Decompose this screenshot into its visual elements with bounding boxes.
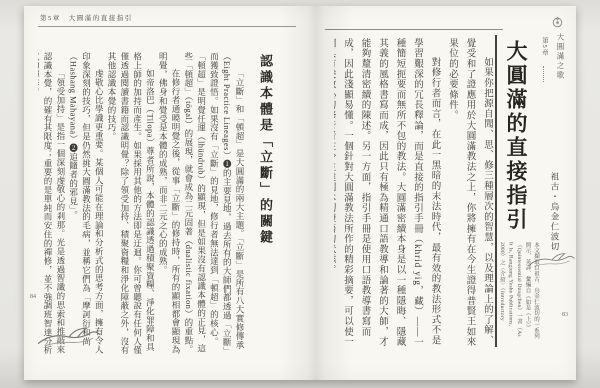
right-body-text: 如果你把源自聞、思、修三種層次的智慧，以及理論上的了解、覺受和了證應用於大圓滿教… bbox=[334, 38, 495, 348]
paragraph: 如果你把源自聞、思、修三種層次的智慧，以及理論上的了解、覺受和了證應用於大圓滿教… bbox=[443, 38, 496, 348]
chapter-title: 大圓滿的直接指引 bbox=[501, 40, 531, 255]
paragraph: 虔敬心比學識更重要。某個人可能在理論和分析式的思考方面，擁有令人印象深刻的技巧，… bbox=[67, 52, 105, 357]
page-number: 84 bbox=[30, 294, 36, 300]
flower-icon bbox=[551, 16, 564, 29]
paragraph: 如帝洛巴（Tilopa）尊者所說，本體的認識透過積聚資糧、淨化罪障和具格上師的加… bbox=[105, 52, 156, 357]
scanned-book-photo: 第5章 大圓滿的直接指引 認識本體是「立斷」的關鍵 「立斷」和「頓超」是大圓滿的… bbox=[0, 0, 600, 388]
page-number: 83 bbox=[562, 312, 568, 318]
paragraph: 「領受加持」是指一個深刻虔敬心的剎那。光是透過智識的思索和推敲來認識本覺，的確有… bbox=[38, 52, 67, 357]
bird-flourish-icon bbox=[36, 322, 102, 352]
paragraph: 對修行者而言，在此一黑暗的末法時代，最有效的教法形式不是學習艱深的冗長釋論，而是… bbox=[334, 38, 443, 348]
book-spread: 第5章 大圓滿的直接指引 認識本體是「立斷」的關鍵 「立斷」和「頓超」是大圓滿的… bbox=[24, 6, 576, 380]
margin-chapter-number: 第5章 bbox=[540, 37, 549, 65]
section-heading: 認識本體是「立斷」的關鍵 bbox=[256, 54, 275, 254]
running-head: 第5章 大圓滿的直接指引 bbox=[40, 13, 133, 22]
header-rule bbox=[325, 29, 503, 30]
paragraph: 在修行者通曉明覺之後，從事「立斷」的修持時，所有的顯相都會顯現為明覺，佛身和覺受… bbox=[156, 52, 182, 357]
title-divider-rule bbox=[495, 35, 497, 347]
left-body-text: 「立斷」和「頓超」是大圓滿的兩大主題。「立斷」是所有八大實修傳承（Eight P… bbox=[38, 52, 246, 357]
header-rule bbox=[38, 26, 296, 27]
author-name: 祖古・烏金仁波切 bbox=[549, 172, 561, 262]
source-footnote: 本文擷取自祖古．烏金仁波切的一系列開示，英譯．彙編自《如是（上）》（Quinte… bbox=[500, 242, 540, 342]
paragraph: 「立斷」和「頓超」是大圓滿的兩大主題。「立斷」是所有八大實修傳承（Eight P… bbox=[182, 52, 246, 357]
dotted-rule bbox=[543, 66, 544, 82]
margin-series-title: 大圓滿之歌 bbox=[555, 33, 566, 97]
